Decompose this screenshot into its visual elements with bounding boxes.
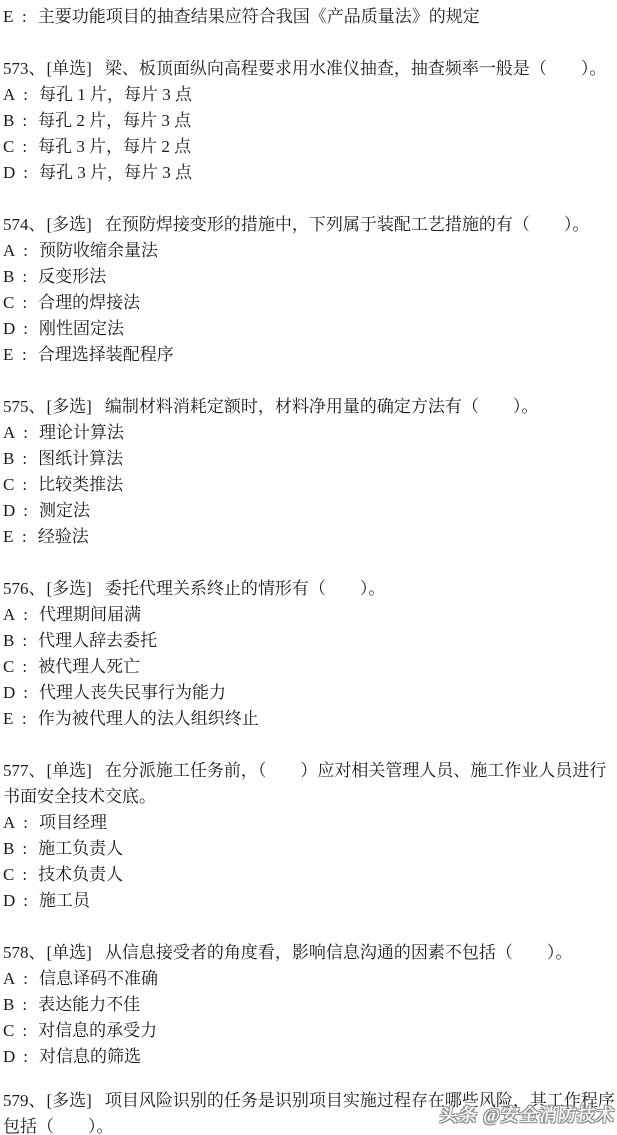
option-row: A:每孔 1 片，每片 3 点	[3, 82, 615, 108]
option-separator: :	[22, 865, 27, 884]
option-label: C	[3, 472, 14, 498]
option-text: 经验法	[38, 527, 89, 546]
option-label: E	[3, 706, 14, 732]
option-label: C	[3, 290, 14, 316]
option-text: 对信息的筛选	[39, 1047, 141, 1066]
option-separator: :	[23, 1047, 28, 1066]
option-label: D	[3, 1044, 15, 1070]
option-row: B:表达能力不佳	[3, 992, 615, 1018]
option-separator: :	[22, 137, 27, 156]
question-stem: 编制材料消耗定额时，材料净用量的确定方法有（ ）。	[105, 397, 539, 416]
option-separator: :	[22, 657, 27, 676]
question-head: 574、[多选]在预防焊接变形的措施中，下列属于装配工艺措施的有（ ）。	[3, 212, 615, 238]
question-number: 575、	[3, 397, 46, 416]
question-head: 578、[单选]从信息接受者的角度看，影响信息沟通的因素不包括（ ）。	[3, 940, 615, 966]
option-label: B	[3, 628, 14, 654]
option-row: A:项目经理	[3, 810, 615, 836]
question-stem: 梁、板顶面纵向高程要求用水准仪抽查，抽查频率一般是（ ）。	[105, 59, 607, 78]
option-row: C:每孔 3 片，每片 2 点	[3, 134, 615, 160]
question-type-tag: [多选]	[47, 579, 92, 598]
option-separator: :	[23, 683, 28, 702]
option-separator: :	[23, 501, 28, 520]
option-label: C	[3, 862, 14, 888]
question-type-tag: [单选]	[47, 59, 92, 78]
option-label: E	[3, 4, 14, 30]
option-separator: :	[23, 969, 28, 988]
option-label: B	[3, 264, 14, 290]
option-row: B:代理人辞去委托	[3, 628, 615, 654]
question-block: 573、[单选]梁、板顶面纵向高程要求用水准仪抽查，抽查频率一般是（ ）。 A:…	[3, 56, 615, 186]
option-row: E:作为被代理人的法人组织终止	[3, 706, 615, 732]
option-text: 主要功能项目的抽查结果应符合我国《产品质量法》的规定	[38, 7, 480, 26]
option-row: B:每孔 2 片，每片 3 点	[3, 108, 615, 134]
option-row: D:刚性固定法	[3, 316, 615, 342]
question-type-tag: [单选]	[47, 943, 92, 962]
option-label: C	[3, 654, 14, 680]
option-text: 施工员	[39, 891, 90, 910]
option-row: D:测定法	[3, 498, 615, 524]
question-head: 573、[单选]梁、板顶面纵向高程要求用水准仪抽查，抽查频率一般是（ ）。	[3, 56, 615, 82]
option-label: B	[3, 836, 14, 862]
exam-question-list: E:主要功能项目的抽查结果应符合我国《产品质量法》的规定 573、[单选]梁、板…	[3, 4, 615, 1135]
option-text: 作为被代理人的法人组织终止	[38, 709, 259, 728]
question-number: 576、	[3, 579, 46, 598]
option-text: 比较类推法	[38, 475, 123, 494]
option-separator: :	[22, 267, 27, 286]
question-block: 576、[多选]委托代理关系终止的情形有（ ）。 A:代理期间届满 B:代理人辞…	[3, 576, 615, 732]
option-text: 理论计算法	[39, 423, 124, 442]
question-block: 575、[多选]编制材料消耗定额时，材料净用量的确定方法有（ ）。 A:理论计算…	[3, 394, 615, 550]
option-separator: :	[23, 163, 28, 182]
option-row: C:对信息的承受力	[3, 1018, 615, 1044]
option-separator: :	[23, 813, 28, 832]
option-label: C	[3, 1018, 14, 1044]
option-text: 代理期间届满	[39, 605, 141, 624]
option-separator: :	[22, 111, 27, 130]
question-head: 575、[多选]编制材料消耗定额时，材料净用量的确定方法有（ ）。	[3, 394, 615, 420]
option-row: C:比较类推法	[3, 472, 615, 498]
option-separator: :	[23, 423, 28, 442]
option-row: A:理论计算法	[3, 420, 615, 446]
option-label: A	[3, 238, 15, 264]
option-row: E:主要功能项目的抽查结果应符合我国《产品质量法》的规定	[3, 4, 615, 30]
option-label: E	[3, 342, 14, 368]
option-row: B:反变形法	[3, 264, 615, 290]
option-row: B:施工负责人	[3, 836, 615, 862]
option-text: 测定法	[39, 501, 90, 520]
option-label: D	[3, 498, 15, 524]
option-separator: :	[22, 293, 27, 312]
option-text: 对信息的承受力	[38, 1021, 157, 1040]
option-separator: :	[23, 891, 28, 910]
question-block: 578、[单选]从信息接受者的角度看，影响信息沟通的因素不包括（ ）。 A:信息…	[3, 940, 615, 1070]
option-text: 反变形法	[38, 267, 106, 286]
option-label: A	[3, 966, 15, 992]
option-label: A	[3, 82, 15, 108]
question-type-tag: [多选]	[47, 397, 92, 416]
option-label: B	[3, 108, 14, 134]
option-separator: :	[22, 631, 27, 650]
question-block: 574、[多选]在预防焊接变形的措施中，下列属于装配工艺措施的有（ ）。 A:预…	[3, 212, 615, 368]
option-text: 每孔 2 片，每片 3 点	[38, 111, 191, 130]
option-row: C:技术负责人	[3, 862, 615, 888]
question-number: 578、	[3, 943, 46, 962]
option-text: 刚性固定法	[39, 319, 124, 338]
option-row: A:代理期间届满	[3, 602, 615, 628]
question-stem: 委托代理关系终止的情形有（ ）。	[105, 579, 386, 598]
option-row: A:信息译码不准确	[3, 966, 615, 992]
option-label: B	[3, 992, 14, 1018]
option-text: 代理人辞去委托	[38, 631, 157, 650]
option-text: 项目经理	[39, 813, 107, 832]
option-separator: :	[22, 839, 27, 858]
question-head: 577、[单选]在分派施工任务前，（ ）应对相关管理人员、施工作业人员进行书面安…	[3, 758, 615, 810]
option-label: D	[3, 680, 15, 706]
option-separator: :	[22, 7, 27, 26]
option-separator: :	[23, 241, 28, 260]
option-text: 技术负责人	[38, 865, 123, 884]
option-text: 被代理人死亡	[38, 657, 140, 676]
option-separator: :	[22, 475, 27, 494]
option-text: 每孔 3 片，每片 3 点	[39, 163, 192, 182]
option-label: A	[3, 602, 15, 628]
option-text: 合理的焊接法	[38, 293, 140, 312]
option-separator: :	[23, 605, 28, 624]
question-stem: 在分派施工任务前，（ ）应对相关管理人员、施工作业人员进行书面安全技术交底。	[3, 761, 606, 806]
option-text: 预防收缩余量法	[39, 241, 158, 260]
option-row: D:每孔 3 片，每片 3 点	[3, 160, 615, 186]
option-text: 施工负责人	[38, 839, 123, 858]
question-number: 579、	[3, 1091, 46, 1110]
option-label: E	[3, 524, 14, 550]
option-separator: :	[22, 449, 27, 468]
option-label: D	[3, 316, 15, 342]
option-separator: :	[22, 995, 27, 1014]
option-label: B	[3, 446, 14, 472]
option-row: D:代理人丧失民事行为能力	[3, 680, 615, 706]
option-separator: :	[23, 85, 28, 104]
option-text: 表达能力不佳	[38, 995, 140, 1014]
option-separator: :	[22, 527, 27, 546]
option-label: D	[3, 888, 15, 914]
question-number: 574、	[3, 215, 46, 234]
option-text: 每孔 3 片，每片 2 点	[38, 137, 191, 156]
option-row: C:被代理人死亡	[3, 654, 615, 680]
option-row: D:对信息的筛选	[3, 1044, 615, 1070]
option-row: D:施工员	[3, 888, 615, 914]
question-type-tag: [单选]	[47, 761, 92, 780]
question-number: 577、	[3, 761, 46, 780]
option-text: 每孔 1 片，每片 3 点	[39, 85, 192, 104]
option-label: C	[3, 134, 14, 160]
question-type-tag: [多选]	[47, 1091, 92, 1110]
option-label: D	[3, 160, 15, 186]
question-head: 576、[多选]委托代理关系终止的情形有（ ）。	[3, 576, 615, 602]
option-row: B:图纸计算法	[3, 446, 615, 472]
watermark: 头条 @安全消防技术	[438, 1101, 616, 1127]
option-row: E:经验法	[3, 524, 615, 550]
option-row: A:预防收缩余量法	[3, 238, 615, 264]
option-row: C:合理的焊接法	[3, 290, 615, 316]
option-text: 代理人丧失民事行为能力	[39, 683, 226, 702]
option-separator: :	[22, 1021, 27, 1040]
option-row: E:合理选择装配程序	[3, 342, 615, 368]
question-type-tag: [多选]	[47, 215, 92, 234]
option-text: 图纸计算法	[38, 449, 123, 468]
option-label: A	[3, 420, 15, 446]
option-text: 合理选择装配程序	[38, 345, 174, 364]
question-stem: 从信息接受者的角度看，影响信息沟通的因素不包括（ ）。	[105, 943, 573, 962]
option-separator: :	[22, 345, 27, 364]
option-separator: :	[23, 319, 28, 338]
option-separator: :	[22, 709, 27, 728]
question-stem: 在预防焊接变形的措施中，下列属于装配工艺措施的有（ ）。	[105, 215, 590, 234]
option-label: A	[3, 810, 15, 836]
question-number: 573、	[3, 59, 46, 78]
option-text: 信息译码不准确	[39, 969, 158, 988]
question-block: 577、[单选]在分派施工任务前，（ ）应对相关管理人员、施工作业人员进行书面安…	[3, 758, 615, 914]
